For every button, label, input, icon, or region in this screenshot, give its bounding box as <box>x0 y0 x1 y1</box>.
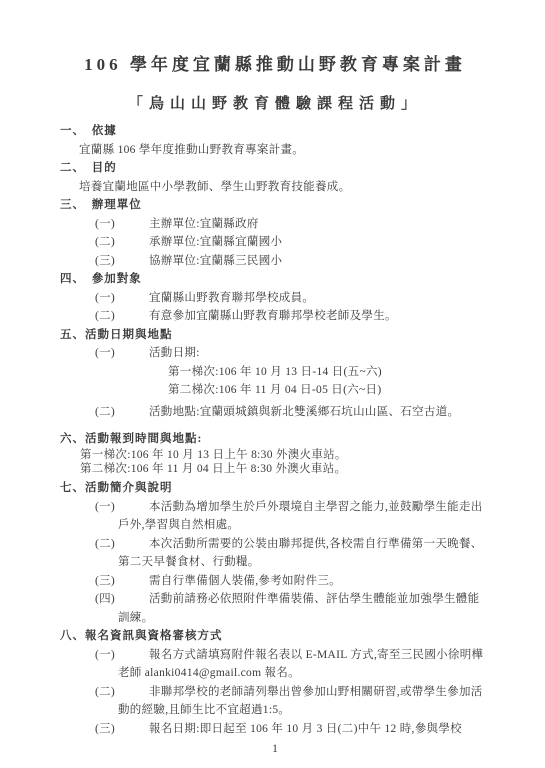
item-marker: (一) <box>95 215 115 234</box>
section-purpose: 二、 目的 培養宜蘭地區中小學教師、學生山野教育技能養成。 <box>60 159 490 196</box>
list-item: (三) 協辦單位:宜蘭縣三民國小 <box>118 252 490 271</box>
section-dates-location: 五、活動日期與地點 (一) 活動日期: 第一梯次:106 年 10 月 13 日… <box>60 326 490 422</box>
list-item: (二) 有意參加宜蘭縣山野教育聯邦學校老師及學生。 <box>118 307 490 326</box>
checkin-lines: 第一梯次:106 年 10 月 13 日上午 8:30 外澳火車站。 第二梯次:… <box>80 448 490 476</box>
item-text: 活動前請務必依照附件準備裝備、評估學生體能並加強學生體能訓練。 <box>118 590 490 627</box>
item-text: 需自行準備個人裝備,參考如附件三。 <box>118 572 490 591</box>
item-marker: (二) <box>95 535 115 554</box>
document-subtitle: 「烏山山野教育體驗課程活動」 <box>60 93 490 115</box>
section-heading: 二、 目的 <box>60 159 490 178</box>
list-item: (一) 活動日期: 第一梯次:106 年 10 月 13 日-14 日(五~六)… <box>118 344 490 400</box>
item-marker: (一) <box>95 646 115 665</box>
document-page: 106 學年度宜蘭縣推動山野教育專案計畫 「烏山山野教育體驗課程活動」 一、 依… <box>0 0 545 768</box>
list-item: (二) 本次活動所需要的公裝由聯邦提供,各校需自行準備第一天晚餐、第二天早餐食材… <box>118 535 490 572</box>
item-marker: (三) <box>95 252 115 271</box>
section-heading: 七、活動簡介與說明 <box>60 479 490 498</box>
item-text: 承辦單位:宜蘭縣宜蘭國小 <box>118 233 490 252</box>
section-heading: 六、活動報到時間與地點: <box>60 431 490 448</box>
page-number: 1 <box>60 740 490 759</box>
list-item: (一) 宜蘭縣山野教育聯邦學校成員。 <box>118 289 490 308</box>
item-marker: (一) <box>95 498 115 517</box>
list-item: (二) 承辦單位:宜蘭縣宜蘭國小 <box>118 233 490 252</box>
list-item: (三) 需自行準備個人裝備,參考如附件三。 <box>118 572 490 591</box>
item-text: 協辦單位:宜蘭縣三民國小 <box>118 252 490 271</box>
item-text: 主辦單位:宜蘭縣政府 <box>118 215 490 234</box>
section-checkin: 六、活動報到時間與地點: 第一梯次:106 年 10 月 13 日上午 8:30… <box>60 431 490 476</box>
item-marker: (二) <box>95 403 115 422</box>
item-marker: (二) <box>95 307 115 326</box>
item-marker: (三) <box>95 572 115 591</box>
item-marker: (一) <box>95 344 115 363</box>
item-marker: (二) <box>95 683 115 702</box>
item-text: 宜蘭縣山野教育聯邦學校成員。 <box>118 289 490 308</box>
section-heading: 一、 依據 <box>60 122 490 141</box>
list-item: (二) 活動地點:宜蘭頭城鎮與新北雙溪鄉石坑山山區、石空古道。 <box>118 403 490 422</box>
item-text: 活動日期: <box>118 344 490 363</box>
item-marker: (二) <box>95 233 115 252</box>
item-text: 本次活動所需要的公裝由聯邦提供,各校需自行準備第一天晚餐、第二天早餐食材、行動糧… <box>118 535 490 572</box>
item-text: 報名日期:即日起至 106 年 10 月 3 日(二)中午 12 時,參與學校 <box>118 720 490 739</box>
item-text: 報名方式請填寫附件報名表以 E-MAIL 方式,寄至三民國小徐明樺老師 alan… <box>118 646 490 683</box>
item-marker: (四) <box>95 590 115 609</box>
checkin-line: 第一梯次:106 年 10 月 13 日上午 8:30 外澳火車站。 <box>80 448 490 462</box>
section-heading: 三、 辦理單位 <box>60 196 490 215</box>
date-sublines: 第一梯次:106 年 10 月 13 日-14 日(五~六) 第二梯次:106 … <box>168 363 490 400</box>
section-heading: 五、活動日期與地點 <box>60 326 490 345</box>
checkin-line: 第二梯次:106 年 11 月 04 日上午 8:30 外澳火車站。 <box>80 462 490 476</box>
paragraph: 宜蘭縣 106 學年度推動山野教育專案計畫。 <box>79 141 490 160</box>
sub-line: 第二梯次:106 年 11 月 04 日-05 日(六~日) <box>168 381 490 400</box>
item-text: 本活動為增加學生於戶外環境自主學習之能力,並鼓勵學生能走出戶外,學習與自然相處。 <box>118 498 490 535</box>
section-intro: 七、活動簡介與說明 (一) 本活動為增加學生於戶外環境自主學習之能力,並鼓勵學生… <box>60 479 490 627</box>
item-text: 活動地點:宜蘭頭城鎮與新北雙溪鄉石坑山山區、石空古道。 <box>118 403 490 422</box>
list-item: (一) 報名方式請填寫附件報名表以 E-MAIL 方式,寄至三民國小徐明樺老師 … <box>118 646 490 683</box>
list-item: (二) 非聯邦學校的老師請列舉出曾參加山野相關研習,或帶學生參加活動的經驗,且師… <box>118 683 490 720</box>
document-title: 106 學年度宜蘭縣推動山野教育專案計畫 <box>60 52 490 78</box>
section-basis: 一、 依據 宜蘭縣 106 學年度推動山野教育專案計畫。 <box>60 122 490 159</box>
item-marker: (一) <box>95 289 115 308</box>
list-item: (一) 本活動為增加學生於戶外環境自主學習之能力,並鼓勵學生能走出戶外,學習與自… <box>118 498 490 535</box>
item-text: 非聯邦學校的老師請列舉出曾參加山野相關研習,或帶學生參加活動的經驗,且師生比不宜… <box>118 683 490 720</box>
list-item: (一) 主辦單位:宜蘭縣政府 <box>118 215 490 234</box>
section-heading: 八、報名資訊與資格審核方式 <box>60 627 490 646</box>
section-heading: 四、 參加對象 <box>60 270 490 289</box>
section-participants: 四、 參加對象 (一) 宜蘭縣山野教育聯邦學校成員。 (二) 有意參加宜蘭縣山野… <box>60 270 490 326</box>
section-registration: 八、報名資訊與資格審核方式 (一) 報名方式請填寫附件報名表以 E-MAIL 方… <box>60 627 490 738</box>
item-text: 有意參加宜蘭縣山野教育聯邦學校老師及學生。 <box>118 307 490 326</box>
sub-line: 第一梯次:106 年 10 月 13 日-14 日(五~六) <box>168 363 490 382</box>
item-marker: (三) <box>95 720 115 739</box>
list-item: (三) 報名日期:即日起至 106 年 10 月 3 日(二)中午 12 時,參… <box>118 720 490 739</box>
section-organizers: 三、 辦理單位 (一) 主辦單位:宜蘭縣政府 (二) 承辦單位:宜蘭縣宜蘭國小 … <box>60 196 490 270</box>
list-item: (四) 活動前請務必依照附件準備裝備、評估學生體能並加強學生體能訓練。 <box>118 590 490 627</box>
paragraph: 培養宜蘭地區中小學教師、學生山野教育技能養成。 <box>79 178 490 197</box>
